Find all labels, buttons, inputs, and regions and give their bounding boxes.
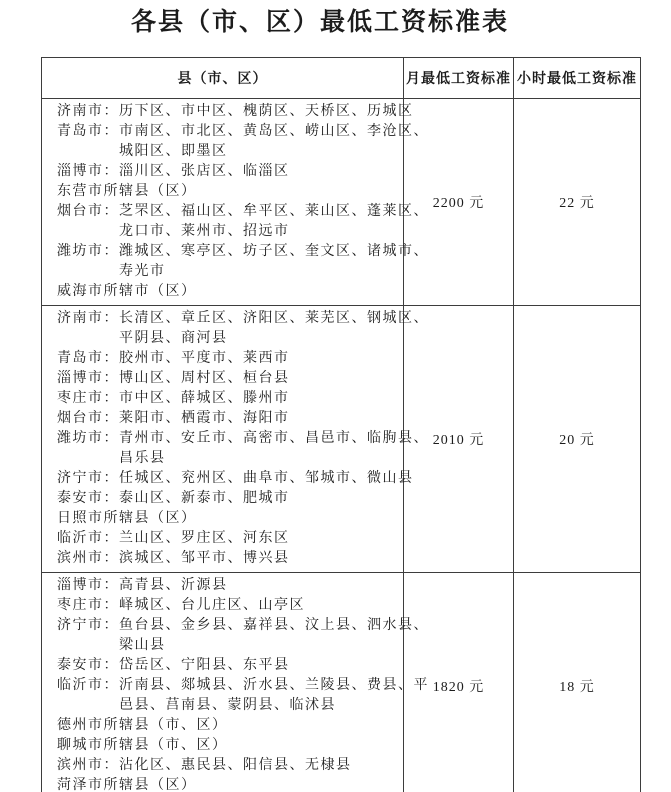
region-line: 济宁市：鱼台县、金乡县、嘉祥县、汶上县、泗水县、 <box>57 616 399 636</box>
region-line: 临沂市：兰山区、罗庄区、河东区 <box>57 529 399 549</box>
table-row-tier-3: 淄博市：高青县、沂源县枣庄市：峄城区、台儿庄区、山亭区济宁市：鱼台县、金乡县、嘉… <box>42 573 641 792</box>
region-line: 济宁市：任城区、兖州区、曲阜市、邹城市、微山县 <box>57 469 399 489</box>
column-header-region: 县（市、区） <box>42 58 404 99</box>
column-header-monthly-wage: 月最低工资标准 <box>404 58 514 99</box>
table-row-tier-1: 济南市：历下区、市中区、槐荫区、天桥区、历城区青岛市：市南区、市北区、黄岛区、崂… <box>42 99 641 306</box>
region-line: 淄博市：博山区、周村区、桓台县 <box>57 369 399 389</box>
region-line: 威海市所辖市（区） <box>57 282 399 302</box>
region-line: 淄博市：淄川区、张店区、临淄区 <box>57 162 399 182</box>
region-line: 平阴县、商河县 <box>57 329 399 349</box>
region-line: 济南市：历下区、市中区、槐荫区、天桥区、历城区 <box>57 102 399 122</box>
region-line: 滨州市：沾化区、惠民县、阳信县、无棣县 <box>57 756 399 776</box>
region-line: 菏泽市所辖县（区） <box>57 776 399 792</box>
regions-cell-tier-2: 济南市：长清区、章丘区、济阳区、莱芜区、钢城区、平阴县、商河县青岛市：胶州市、平… <box>42 306 404 573</box>
minimum-wage-table: 县（市、区） 月最低工资标准 小时最低工资标准 济南市：历下区、市中区、槐荫区、… <box>41 57 641 792</box>
region-line: 潍坊市：潍城区、寒亭区、坊子区、奎文区、诸城市、 <box>57 242 399 262</box>
column-header-hourly-wage: 小时最低工资标准 <box>514 58 641 99</box>
region-line: 寿光市 <box>57 262 399 282</box>
region-line: 德州市所辖县（市、区） <box>57 716 399 736</box>
document-page: 各县（市、区）最低工资标准表 县（市、区） 月最低工资标准 小时最低工资标准 济… <box>0 0 671 792</box>
region-line: 城阳区、即墨区 <box>57 142 399 162</box>
region-line: 泰安市：泰山区、新泰市、肥城市 <box>57 489 399 509</box>
region-line: 东营市所辖县（区） <box>57 182 399 202</box>
table-header-row: 县（市、区） 月最低工资标准 小时最低工资标准 <box>42 58 641 99</box>
region-line: 聊城市所辖县（市、区） <box>57 736 399 756</box>
region-line: 日照市所辖县（区） <box>57 509 399 529</box>
page-title: 各县（市、区）最低工资标准表 <box>0 0 640 38</box>
region-line: 龙口市、莱州市、招远市 <box>57 222 399 242</box>
regions-cell-tier-1: 济南市：历下区、市中区、槐荫区、天桥区、历城区青岛市：市南区、市北区、黄岛区、崂… <box>42 99 404 306</box>
region-line: 枣庄市：峄城区、台儿庄区、山亭区 <box>57 596 399 616</box>
hourly-wage-cell-tier-1: 22 元 <box>514 99 641 306</box>
region-line: 潍坊市：青州市、安丘市、高密市、昌邑市、临朐县、 <box>57 429 399 449</box>
region-line: 邑县、莒南县、蒙阴县、临沭县 <box>57 696 399 716</box>
region-line: 临沂市：沂南县、郯城县、沂水县、兰陵县、费县、平 <box>57 676 399 696</box>
region-line: 泰安市：岱岳区、宁阳县、东平县 <box>57 656 399 676</box>
region-line: 济南市：长清区、章丘区、济阳区、莱芜区、钢城区、 <box>57 309 399 329</box>
hourly-wage-cell-tier-3: 18 元 <box>514 573 641 792</box>
region-line: 烟台市：莱阳市、栖霞市、海阳市 <box>57 409 399 429</box>
region-line: 昌乐县 <box>57 449 399 469</box>
region-line: 梁山县 <box>57 636 399 656</box>
region-line: 淄博市：高青县、沂源县 <box>57 576 399 596</box>
region-line: 烟台市：芝罘区、福山区、牟平区、莱山区、蓬莱区、 <box>57 202 399 222</box>
regions-cell-tier-3: 淄博市：高青县、沂源县枣庄市：峄城区、台儿庄区、山亭区济宁市：鱼台县、金乡县、嘉… <box>42 573 404 792</box>
region-line: 青岛市：胶州市、平度市、莱西市 <box>57 349 399 369</box>
region-line: 枣庄市：市中区、薛城区、滕州市 <box>57 389 399 409</box>
region-line: 青岛市：市南区、市北区、黄岛区、崂山区、李沧区、 <box>57 122 399 142</box>
table-row-tier-2: 济南市：长清区、章丘区、济阳区、莱芜区、钢城区、平阴县、商河县青岛市：胶州市、平… <box>42 306 641 573</box>
hourly-wage-cell-tier-2: 20 元 <box>514 306 641 573</box>
region-line: 滨州市：滨城区、邹平市、博兴县 <box>57 549 399 569</box>
